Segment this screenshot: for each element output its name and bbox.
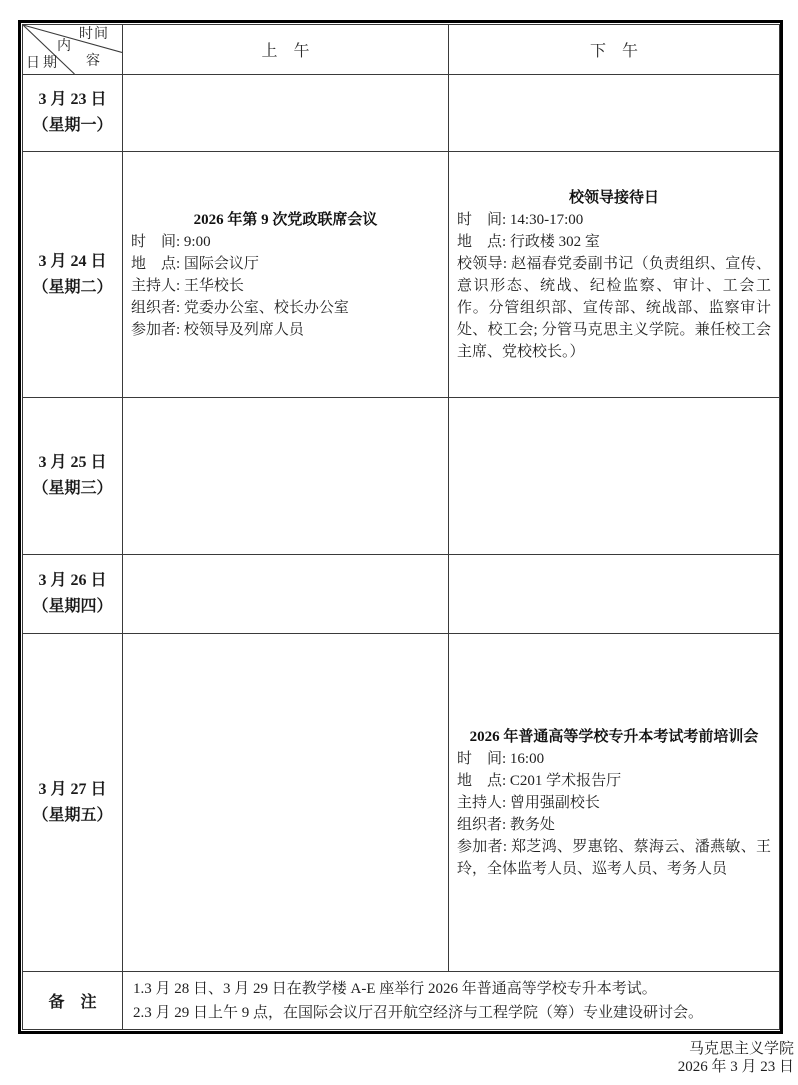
document-page: 时间 内 容 日期 上 午 下 午 3 月 23 日 （星期一） 3 月 24 (0, 0, 798, 1085)
event-block: 2026 年普通高等学校专升本考试考前培训会 时 间: 16:00 地 点: C… (449, 722, 779, 884)
event-block: 2026 年第 9 次党政联席会议 时 间: 9:00 地 点: 国际会议厅 主… (123, 205, 448, 345)
weekday-text: （星期四） (23, 594, 122, 620)
date-cell-mar23: 3 月 23 日 （星期一） (23, 75, 123, 152)
date-text: 3 月 27 日 (23, 777, 122, 803)
row-mar-23: 3 月 23 日 （星期一） (23, 75, 780, 152)
weekday-text: （星期二） (23, 275, 122, 301)
event-participants: 参加者: 郑芝鸿、罗惠铭、蔡海云、潘燕敏、王玲，全体监考人员、巡考人员、考务人员 (457, 836, 771, 880)
footer-organization: 马克思主义学院 (678, 1040, 794, 1058)
date-cell-mar26: 3 月 26 日 （星期四） (23, 555, 123, 634)
row-mar-24: 3 月 24 日 （星期二） 2026 年第 9 次党政联席会议 时 间: 9:… (23, 152, 780, 398)
corner-time-label: 时间 (79, 28, 109, 42)
event-title: 校领导接待日 (457, 187, 771, 209)
remarks-line-2: 2.3 月 29 日上午 9 点，在国际会议厅召开航空经济与工程学院（筹）专业建… (133, 1001, 769, 1025)
corner-content-label-2: 容 (86, 55, 100, 69)
remarks-label: 备 注 (23, 972, 123, 1030)
remarks-line-1: 1.3 月 28 日、3 月 29 日在教学楼 A-E 座举行 2026 年普通… (133, 977, 769, 1001)
event-location: 地 点: 行政楼 302 室 (457, 231, 771, 253)
date-cell-mar24: 3 月 24 日 （星期二） (23, 152, 123, 398)
event-title: 2026 年普通高等学校专升本考试考前培训会 (457, 726, 771, 748)
date-text: 3 月 24 日 (23, 249, 122, 275)
event-time: 时 间: 14:30-17:00 (457, 209, 771, 231)
weekday-text: （星期五） (23, 803, 122, 829)
event-location: 地 点: C201 学术报告厅 (457, 770, 771, 792)
date-text: 3 月 25 日 (23, 450, 122, 476)
event-title: 2026 年第 9 次党政联席会议 (131, 209, 440, 231)
event-block: 校领导接待日 时 间: 14:30-17:00 地 点: 行政楼 302 室 校… (449, 183, 779, 367)
morning-cell-mar26 (123, 555, 449, 634)
date-cell-mar27: 3 月 27 日 （星期五） (23, 634, 123, 972)
event-participants: 参加者: 校领导及列席人员 (131, 319, 440, 341)
schedule-table-border: 时间 内 容 日期 上 午 下 午 3 月 23 日 （星期一） 3 月 24 (18, 20, 783, 1034)
event-organizer: 组织者: 党委办公室、校长办公室 (131, 297, 440, 319)
column-header-afternoon: 下 午 (449, 25, 780, 75)
schedule-table: 时间 内 容 日期 上 午 下 午 3 月 23 日 （星期一） 3 月 24 (22, 24, 780, 1030)
event-time: 时 间: 16:00 (457, 748, 771, 770)
date-cell-mar25: 3 月 25 日 （星期三） (23, 398, 123, 555)
morning-cell-mar27 (123, 634, 449, 972)
corner-content-label-1: 内 (57, 40, 71, 54)
remarks-body: 1.3 月 28 日、3 月 29 日在教学楼 A-E 座举行 2026 年普通… (123, 973, 779, 1029)
footer-date: 2026 年 3 月 23 日 (678, 1058, 794, 1076)
event-time: 时 间: 9:00 (131, 231, 440, 253)
corner-header-cell: 时间 内 容 日期 (23, 25, 123, 75)
afternoon-cell-mar26 (449, 555, 780, 634)
morning-cell-mar25 (123, 398, 449, 555)
weekday-text: （星期一） (23, 113, 122, 139)
column-header-morning: 上 午 (123, 25, 449, 75)
event-host: 主持人: 王华校长 (131, 275, 440, 297)
header-row: 时间 内 容 日期 上 午 下 午 (23, 25, 780, 75)
afternoon-cell-mar27: 2026 年普通高等学校专升本考试考前培训会 时 间: 16:00 地 点: C… (449, 634, 780, 972)
afternoon-cell-mar24: 校领导接待日 时 间: 14:30-17:00 地 点: 行政楼 302 室 校… (449, 152, 780, 398)
afternoon-cell-mar25 (449, 398, 780, 555)
morning-cell-mar23 (123, 75, 449, 152)
document-footer: 马克思主义学院 2026 年 3 月 23 日 (678, 1040, 794, 1076)
row-mar-26: 3 月 26 日 （星期四） (23, 555, 780, 634)
event-host: 主持人: 曾用强副校长 (457, 792, 771, 814)
row-mar-25: 3 月 25 日 （星期三） (23, 398, 780, 555)
remarks-cell: 1.3 月 28 日、3 月 29 日在教学楼 A-E 座举行 2026 年普通… (123, 972, 780, 1030)
remarks-row: 备 注 1.3 月 28 日、3 月 29 日在教学楼 A-E 座举行 2026… (23, 972, 780, 1030)
event-organizer: 组织者: 教务处 (457, 814, 771, 836)
corner-date-label: 日期 (26, 57, 60, 71)
weekday-text: （星期三） (23, 476, 122, 502)
date-text: 3 月 23 日 (23, 87, 122, 113)
afternoon-cell-mar23 (449, 75, 780, 152)
morning-cell-mar24: 2026 年第 9 次党政联席会议 时 间: 9:00 地 点: 国际会议厅 主… (123, 152, 449, 398)
event-leader: 校领导: 赵福春党委副书记（负责组织、宣传、意识形态、统战、纪检监察、审计、工会… (457, 253, 771, 363)
row-mar-27: 3 月 27 日 （星期五） 2026 年普通高等学校专升本考试考前培训会 时 … (23, 634, 780, 972)
date-text: 3 月 26 日 (23, 568, 122, 594)
event-location: 地 点: 国际会议厅 (131, 253, 440, 275)
